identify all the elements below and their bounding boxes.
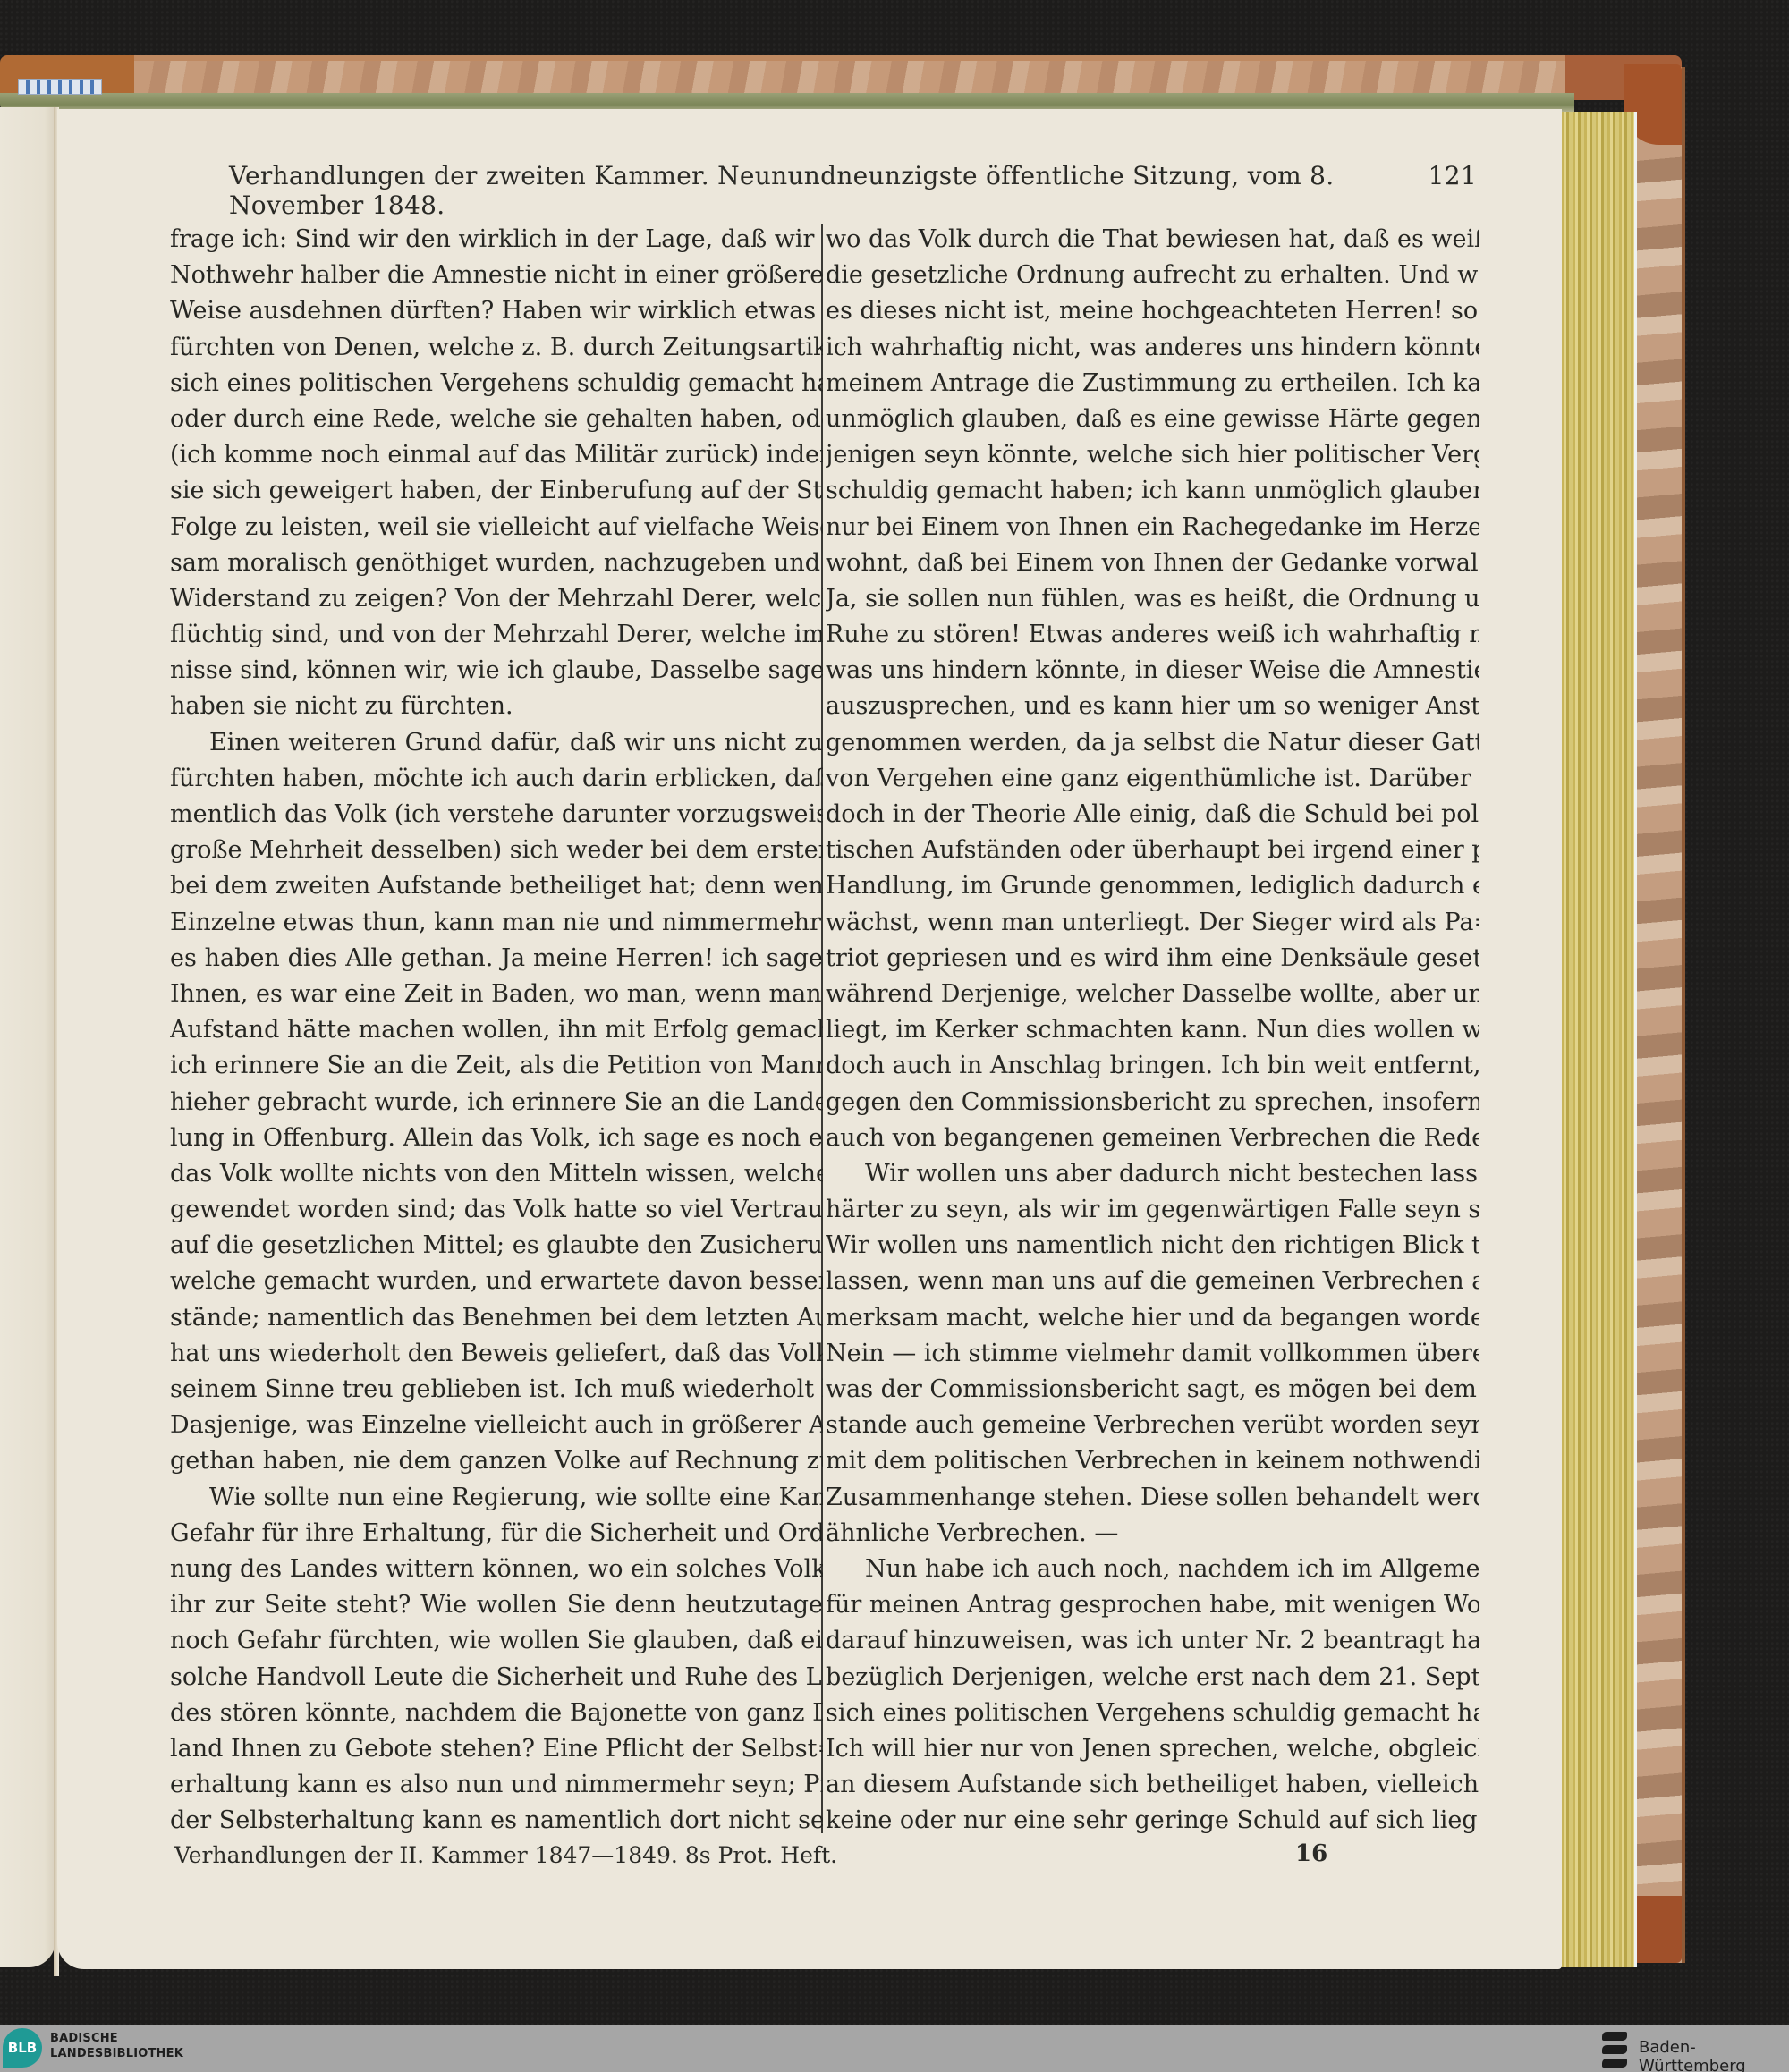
gilt-page-edge bbox=[1561, 112, 1637, 1967]
text-line: darauf hinzuweisen, was ich unter Nr. 2 … bbox=[826, 1623, 1479, 1659]
text-line: haben sie nicht zu fürchten. bbox=[170, 689, 823, 724]
text-line: jenigen seyn könnte, welche sich hier po… bbox=[826, 437, 1479, 473]
text-line: an diesem Aufstande sich betheiliget hab… bbox=[826, 1767, 1479, 1803]
text-line: seinem Sinne treu geblieben ist. Ich muß… bbox=[170, 1372, 823, 1408]
text-line: Gefahr für ihre Erhaltung, für die Siche… bbox=[170, 1516, 823, 1552]
text-line: für meinen Antrag gesprochen habe, mit w… bbox=[826, 1587, 1479, 1623]
text-line: ihr zur Seite steht? Wie wollen Sie denn… bbox=[170, 1587, 823, 1623]
text-line: Nein — ich stimme vielmehr damit vollkom… bbox=[826, 1336, 1479, 1372]
text-line: oder durch eine Rede, welche sie gehalte… bbox=[170, 402, 823, 437]
text-line: es haben dies Alle gethan. Ja meine Herr… bbox=[170, 941, 823, 977]
running-head-title: Verhandlungen der zweiten Kammer. Neunun… bbox=[229, 161, 1429, 220]
blb-logo-icon[interactable]: BLB bbox=[3, 2028, 42, 2068]
text-line: (ich komme noch einmal auf das Militär z… bbox=[170, 437, 823, 473]
library-name-line1: BADISCHE bbox=[50, 2031, 183, 2046]
facing-page bbox=[0, 107, 55, 1967]
text-line: ich erinnere Sie an die Zeit, als die Pe… bbox=[170, 1048, 823, 1084]
text-line: doch auch in Anschlag bringen. Ich bin w… bbox=[826, 1048, 1479, 1084]
text-line: genommen werden, da ja selbst die Natur … bbox=[826, 725, 1479, 761]
text-line: hat uns wiederholt den Beweis geliefert,… bbox=[170, 1336, 823, 1372]
text-line: stände; namentlich das Benehmen bei dem … bbox=[170, 1300, 823, 1336]
library-name[interactable]: BADISCHE LANDESBIBLIOTHEK bbox=[50, 2031, 183, 2061]
text-line: ähnliche Verbrechen. — bbox=[826, 1516, 1479, 1552]
text-line: wo das Volk durch die That bewiesen hat,… bbox=[826, 222, 1479, 258]
text-line: Nothwehr halber die Amnestie nicht in ei… bbox=[170, 258, 823, 293]
text-line: Widerstand zu zeigen? Von der Mehrzahl D… bbox=[170, 581, 823, 617]
text-line: mit dem politischen Verbrechen in keinem… bbox=[826, 1443, 1479, 1479]
text-line: Handlung, im Grunde genommen, lediglich … bbox=[826, 868, 1479, 904]
text-line: flüchtig sind, und von der Mehrzahl Dere… bbox=[170, 617, 823, 653]
text-column-left: frage ich: Sind wir den wirklich in der … bbox=[170, 222, 823, 1839]
text-line: gethan haben, nie dem ganzen Volke auf R… bbox=[170, 1443, 823, 1479]
text-column-right: wo das Volk durch die That bewiesen hat,… bbox=[826, 222, 1479, 1839]
text-line: auszusprechen, und es kann hier um so we… bbox=[826, 689, 1479, 724]
text-line: Ich will hier nur von Jenen sprechen, we… bbox=[826, 1731, 1479, 1767]
text-line: bezüglich Derjenigen, welche erst nach d… bbox=[826, 1660, 1479, 1696]
text-line: frage ich: Sind wir den wirklich in der … bbox=[170, 222, 823, 258]
text-line: die gesetzliche Ordnung aufrecht zu erha… bbox=[826, 258, 1479, 293]
text-line: fürchten haben, möchte ich auch darin er… bbox=[170, 761, 823, 797]
text-line: Einzelne etwas thun, kann man nie und ni… bbox=[170, 905, 823, 941]
text-line: Ihnen, es war eine Zeit in Baden, wo man… bbox=[170, 977, 823, 1012]
text-line: härter zu seyn, als wir im gegenwärtigen… bbox=[826, 1192, 1479, 1228]
text-line: meinem Antrage die Zustimmung zu ertheil… bbox=[826, 366, 1479, 402]
state-coat-of-arms-icon bbox=[1602, 2032, 1627, 2068]
text-line: nung des Landes wittern können, wo ein s… bbox=[170, 1552, 823, 1587]
text-line: liegt, im Kerker schmachten kann. Nun di… bbox=[826, 1012, 1479, 1048]
text-line: schuldig gemacht haben; ich kann unmögli… bbox=[826, 473, 1479, 509]
text-line: Wir wollen uns aber dadurch nicht bestec… bbox=[826, 1156, 1479, 1192]
text-line: Einen weiteren Grund dafür, daß wir uns … bbox=[170, 725, 823, 761]
text-line: Aufstand hätte machen wollen, ihn mit Er… bbox=[170, 1012, 823, 1048]
text-line: triot gepriesen und es wird ihm eine Den… bbox=[826, 941, 1479, 977]
text-line: auch von begangenen gemeinen Verbrechen … bbox=[826, 1121, 1479, 1156]
shelf-label bbox=[18, 79, 102, 95]
text-line: sam moralisch genöthiget wurden, nachzug… bbox=[170, 545, 823, 581]
text-line: sich eines politischen Vergehens schuldi… bbox=[826, 1696, 1479, 1731]
text-line: merksam macht, welche hier und da begang… bbox=[826, 1300, 1479, 1336]
text-line: mentlich das Volk (ich verstehe darunter… bbox=[170, 797, 823, 833]
printer-signature: Verhandlungen der II. Kammer 1847—1849. … bbox=[174, 1842, 837, 1868]
text-line: hieher gebracht wurde, ich erinnere Sie … bbox=[170, 1085, 823, 1121]
text-line: was der Commissionsbericht sagt, es möge… bbox=[826, 1372, 1479, 1408]
text-line: das Volk wollte nichts von den Mitteln w… bbox=[170, 1156, 823, 1192]
brand-bar bbox=[0, 2025, 1789, 2072]
text-line: wohnt, daß bei Einem von Ihnen der Gedan… bbox=[826, 545, 1479, 581]
text-line: tischen Aufständen oder überhaupt bei ir… bbox=[826, 833, 1479, 868]
blb-logo-text: BLB bbox=[8, 2040, 37, 2056]
text-line: solche Handvoll Leute die Sicherheit und… bbox=[170, 1660, 823, 1696]
text-line: Ruhe zu stören! Etwas anderes weiß ich w… bbox=[826, 617, 1479, 653]
text-line: der Selbsterhaltung kann es namentlich d… bbox=[170, 1803, 823, 1839]
text-line: bei dem zweiten Aufstande betheiliget ha… bbox=[170, 868, 823, 904]
text-line: gegen den Commissionsbericht zu sprechen… bbox=[826, 1085, 1479, 1121]
text-line: Weise ausdehnen dürften? Haben wir wirkl… bbox=[170, 293, 823, 329]
text-line: was uns hindern könnte, in dieser Weise … bbox=[826, 653, 1479, 689]
text-line: Wir wollen uns namentlich nicht den rich… bbox=[826, 1228, 1479, 1264]
text-line: sie sich geweigert haben, der Einberufun… bbox=[170, 473, 823, 509]
text-line: stande auch gemeine Verbrechen verübt wo… bbox=[826, 1408, 1479, 1443]
text-line: gewendet worden sind; das Volk hatte so … bbox=[170, 1192, 823, 1228]
text-line: keine oder nur eine sehr geringe Schuld … bbox=[826, 1803, 1479, 1839]
text-line: auf die gesetzlichen Mittel; es glaubte … bbox=[170, 1228, 823, 1264]
text-line: Nun habe ich auch noch, nachdem ich im A… bbox=[826, 1552, 1479, 1587]
text-line: lung in Offenburg. Allein das Volk, ich … bbox=[170, 1121, 823, 1156]
text-line: Folge zu leisten, weil sie vielleicht au… bbox=[170, 510, 823, 545]
text-line: große Mehrheit desselben) sich weder bei… bbox=[170, 833, 823, 868]
text-line: unmöglich glauben, daß es eine gewisse H… bbox=[826, 402, 1479, 437]
text-line: von Vergehen eine ganz eigenthümliche is… bbox=[826, 761, 1479, 797]
text-line: lassen, wenn man uns auf die gemeinen Ve… bbox=[826, 1264, 1479, 1299]
text-line: welche gemacht wurden, und erwartete dav… bbox=[170, 1264, 823, 1299]
text-line: fürchten von Denen, welche z. B. durch Z… bbox=[170, 330, 823, 366]
running-head: Verhandlungen der zweiten Kammer. Neunun… bbox=[229, 161, 1477, 200]
text-line: des stören könnte, nachdem die Bajonette… bbox=[170, 1696, 823, 1731]
text-line: Zusammenhange stehen. Diese sollen behan… bbox=[826, 1480, 1479, 1516]
book-cover-right bbox=[1632, 67, 1685, 1963]
text-line: es dieses nicht ist, meine hochgeachtete… bbox=[826, 293, 1479, 329]
state-name[interactable]: Baden-Württemberg bbox=[1639, 2038, 1789, 2072]
text-line: sich eines politischen Vergehens schuldi… bbox=[170, 366, 823, 402]
marbled-cover bbox=[134, 61, 1565, 97]
text-line: wächst, wenn man unterliegt. Der Sieger … bbox=[826, 905, 1479, 941]
page-number: 121 bbox=[1429, 161, 1477, 190]
text-line: noch Gefahr fürchten, wie wollen Sie gla… bbox=[170, 1623, 823, 1659]
text-line: Dasjenige, was Einzelne vielleicht auch … bbox=[170, 1408, 823, 1443]
sheet-number: 16 bbox=[1295, 1840, 1327, 1867]
text-line: Ja, sie sollen nun fühlen, was es heißt,… bbox=[826, 581, 1479, 617]
library-name-line2: LANDESBIBLIOTHEK bbox=[50, 2046, 183, 2061]
text-line: doch in der Theorie Alle einig, daß die … bbox=[826, 797, 1479, 833]
text-line: ich wahrhaftig nicht, was anderes uns hi… bbox=[826, 330, 1479, 366]
text-line: erhaltung kann es also nun und nimmermeh… bbox=[170, 1767, 823, 1803]
text-line: nisse sind, können wir, wie ich glaube, … bbox=[170, 653, 823, 689]
text-line: während Derjenige, welcher Dasselbe woll… bbox=[826, 977, 1479, 1012]
text-line: Wie sollte nun eine Regierung, wie sollt… bbox=[170, 1480, 823, 1516]
text-line: land Ihnen zu Gebote stehen? Eine Pflich… bbox=[170, 1731, 823, 1767]
text-line: nur bei Einem von Ihnen ein Rachegedanke… bbox=[826, 510, 1479, 545]
